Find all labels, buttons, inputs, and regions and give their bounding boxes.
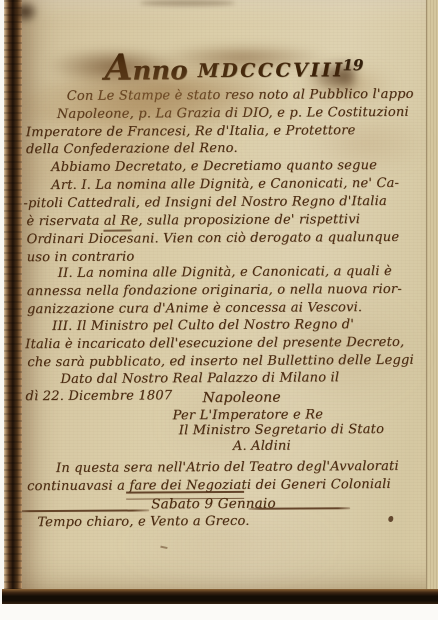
manuscript-line: Dato dal Nostro Real Palazzo di Milano i… (60, 370, 339, 387)
manuscript-line: uso in contrario (27, 250, 135, 266)
ink-mark (160, 546, 167, 549)
separator-double-rule (126, 491, 244, 500)
weather-line: Tempo chiaro, e Vento a Greco. (37, 514, 249, 530)
page-number: 19 (342, 56, 363, 74)
manuscript-line: -pitoli Cattedrali, ed Insigni del Nostr… (23, 194, 387, 211)
manuscript-line: Napoleone, p. La Grazia di DIO, e p. Le … (57, 105, 409, 122)
title-anno: Anno (104, 46, 187, 89)
scan-edge-band (2, 589, 438, 604)
manuscript-line: Abbiamo Decretato, e Decretiamo quanto s… (51, 158, 377, 175)
manuscript-line: In questa sera nell'Atrio del Teatro deg… (56, 459, 399, 476)
separator-rule-left (13, 509, 149, 512)
ink-blot (388, 516, 393, 522)
manuscript-line: Ordinari Diocesani. Vien con ciò derogat… (27, 230, 400, 247)
manuscript-line: Imperatore de Francesi, Re d'Italia, e P… (26, 123, 356, 140)
manuscript-line: della Confederazione del Reno. (26, 141, 238, 157)
underline-mark (104, 230, 132, 232)
manuscript-line: è riservata al Re, sulla proposizione de… (26, 212, 360, 229)
signature-aldini: A. Aldini (233, 439, 291, 454)
manuscript-line: dì 22. Dicembre 1807 (25, 388, 172, 404)
page-title: Anno MDCCCVIII (104, 45, 344, 88)
signature-line: Il Ministro Segretario di Stato (179, 422, 384, 438)
manuscript-photo: Anno MDCCCVIII 19 Con Le Stampe è stato … (0, 0, 438, 620)
manuscript-line: ganizzazione cura d'Anime è concessa ai … (27, 300, 362, 317)
signature-line: Per L'Imperatore e Re (173, 407, 324, 423)
manuscript-line: II. La nomina alle Dignità, e Canonicati… (58, 264, 392, 281)
title-year-roman: MDCCCVIII (198, 59, 345, 82)
manuscript-line: che sarà pubblicato, ed inserto nel Bull… (27, 353, 414, 370)
manuscript-line: Italia è incaricato dell'esecuzione del … (25, 335, 404, 352)
manuscript-line: annessa nella fondazione originaria, o n… (27, 282, 402, 299)
signature-napoleone: Napoleone (202, 391, 280, 406)
manuscript-line: Con Le Stampe è stato reso noto al Pubbl… (67, 87, 414, 104)
scan-margin-bottom (0, 604, 438, 620)
book-gutter (3, 0, 22, 594)
manuscript-line: Art. I. La nomina alle Dignità, e Canoni… (51, 176, 399, 193)
separator-rule-right (248, 507, 350, 510)
manuscript-line: III. Il Ministro pel Culto del Nostro Re… (52, 317, 354, 334)
handwritten-text-layer: Anno MDCCCVIII 19 Con Le Stampe è stato … (0, 0, 438, 620)
scan-margin (0, 0, 4, 620)
